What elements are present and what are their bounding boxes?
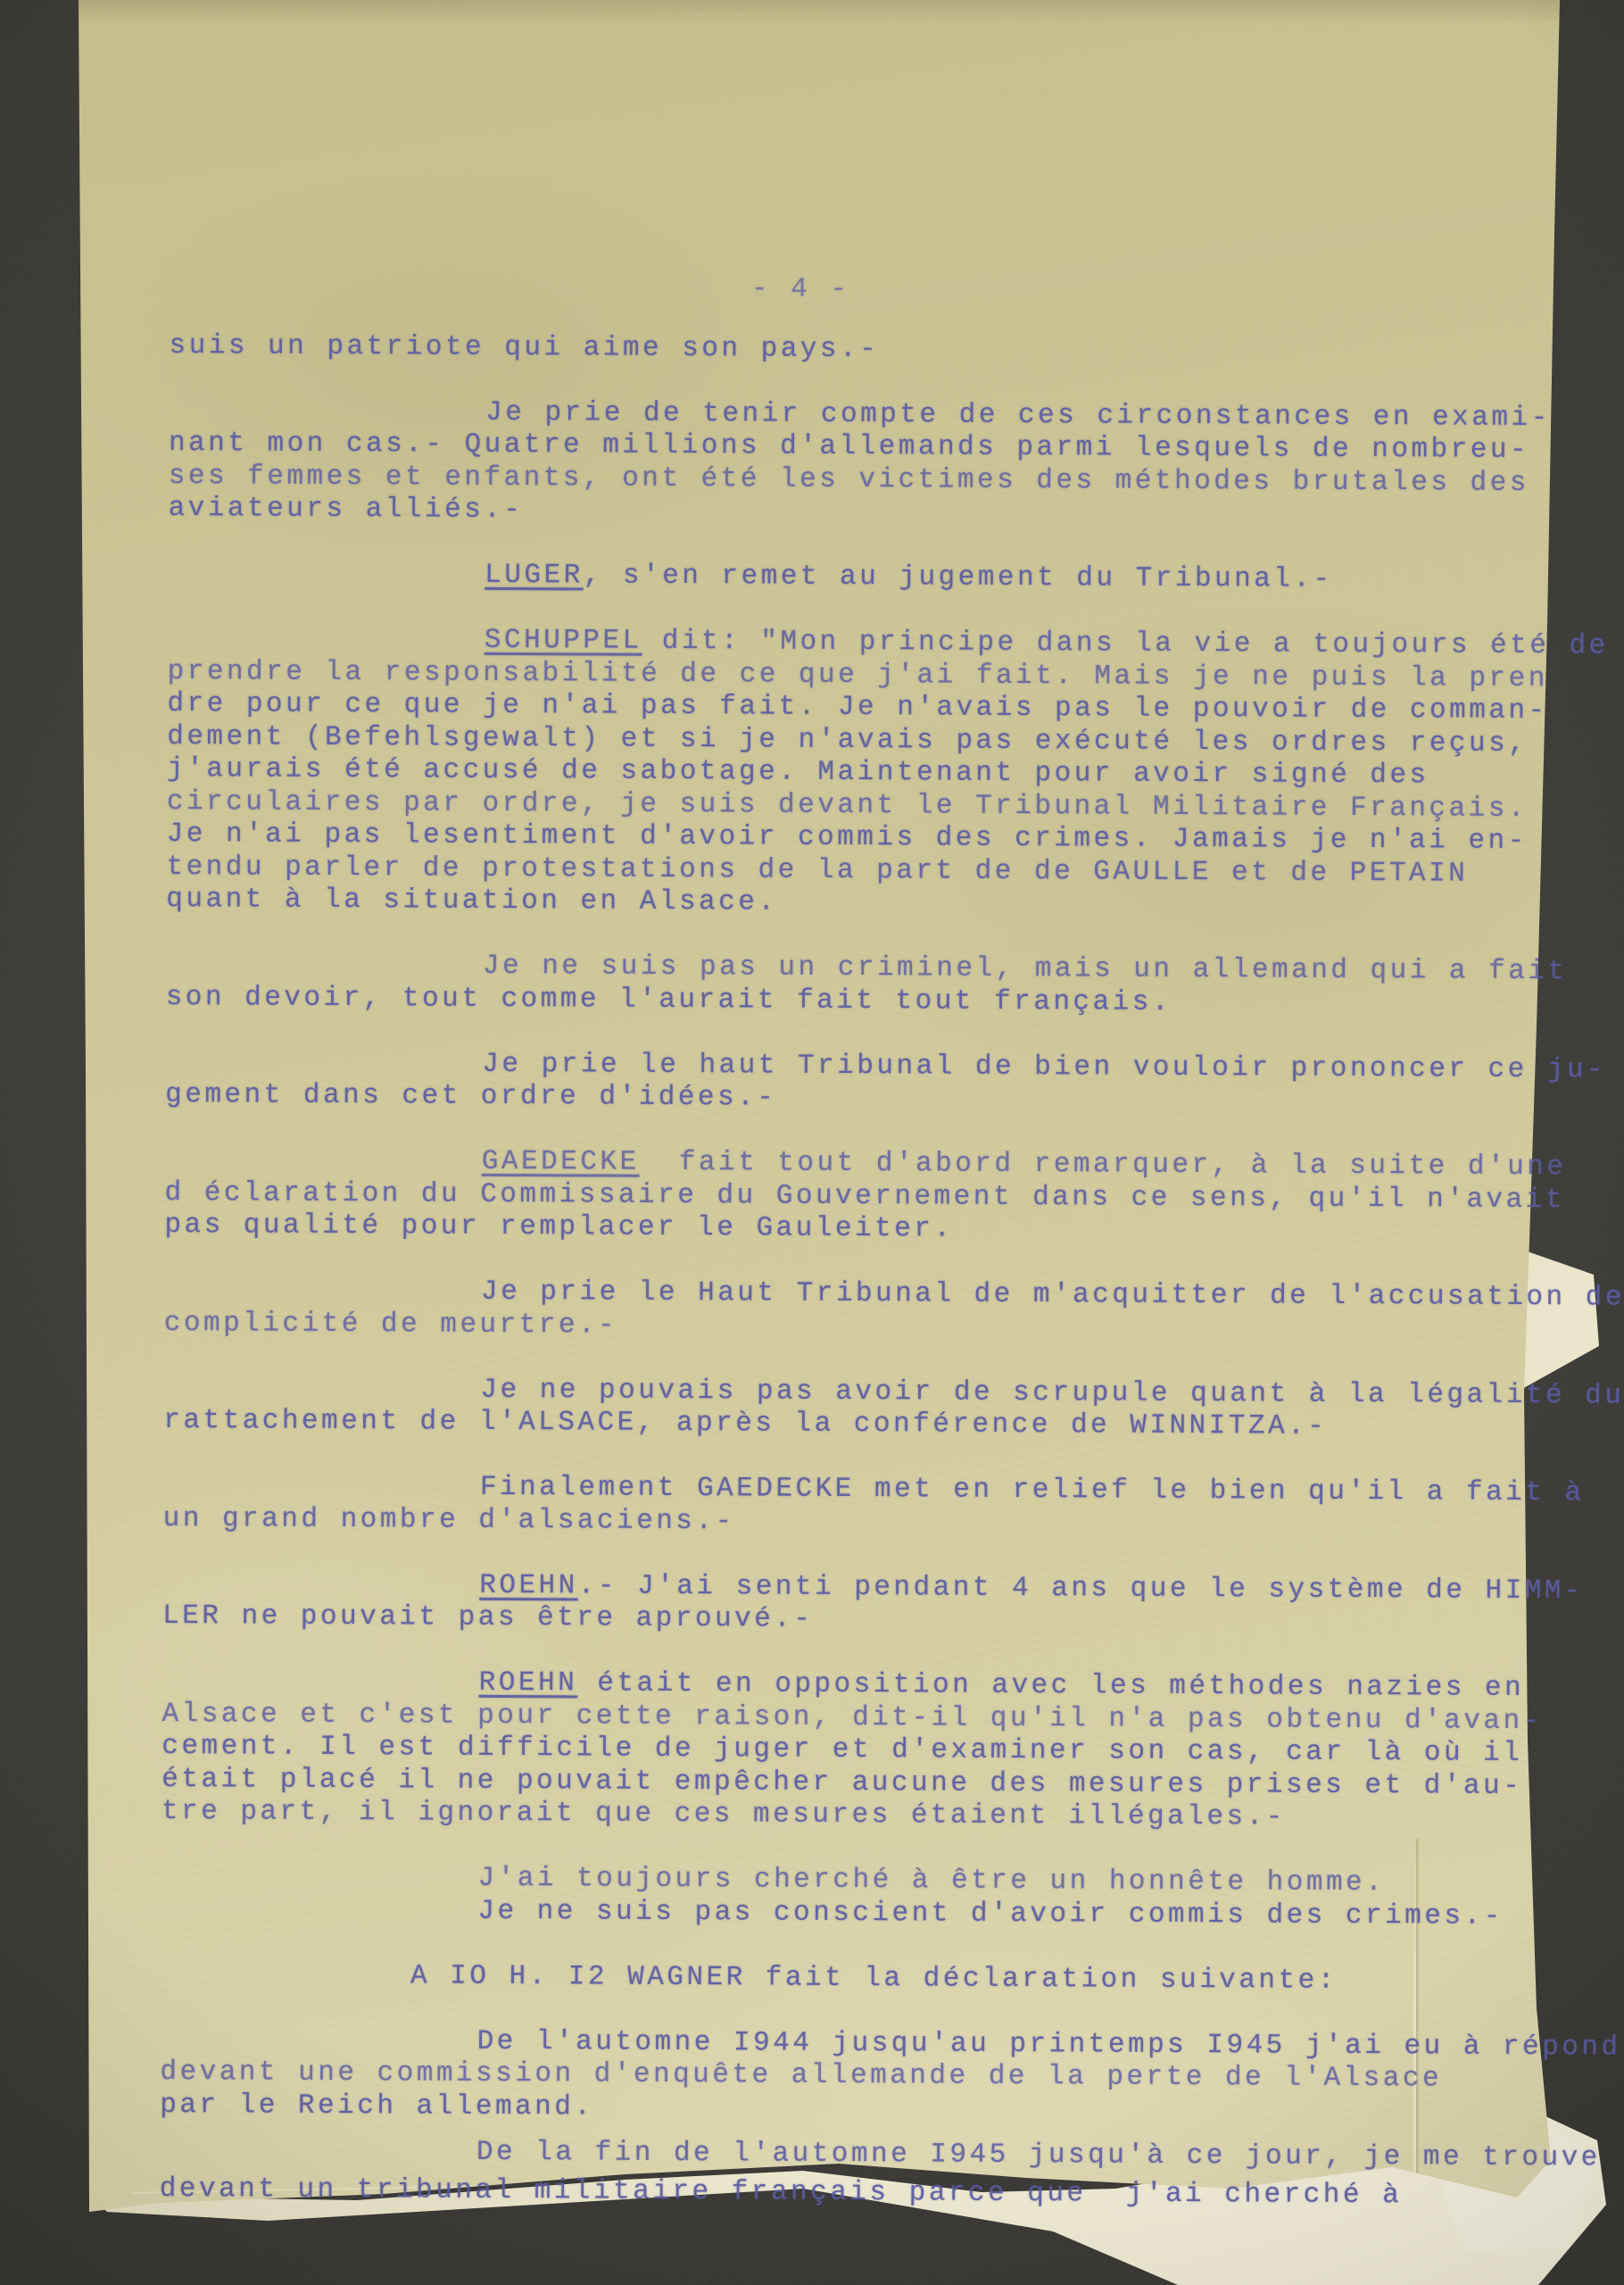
text-run: fait tout d'abord remarquer, à la suite … <box>640 1147 1567 1183</box>
text-block: - 4 - suis un patriote qui aime son pays… <box>160 270 1578 2214</box>
text-line: son devoir, tout comme l'aurait fait tou… <box>166 981 1574 1021</box>
text-line: gement dans cet ordre d'idées.- <box>165 1079 1573 1119</box>
text-run: dement (Befehlsgewalt) et si je n'avais … <box>167 720 1528 759</box>
text-run: De l'automne I944 jusqu'au printemps I94… <box>477 2025 1624 2063</box>
text-run: Finalement GAEDECKE met en relief le bie… <box>480 1472 1585 1508</box>
text-run: Je prie le haut Tribunal de bien vouloir… <box>482 1048 1606 1085</box>
text-line: Je ne suis pas conscient d'avoir commis … <box>161 1893 1569 1933</box>
text-run: J'ai toujours cherché à être un honnête … <box>477 1863 1385 1899</box>
speaker-name: ROEHN <box>479 1667 578 1699</box>
text-run: aviateurs alliés.- <box>169 493 524 526</box>
text-run: Je prie de tenir compte de ces circonsta… <box>485 396 1551 433</box>
text-line: aviateurs alliés.- <box>169 493 1577 533</box>
text-run: Je ne pouvais pas avoir de scrupule quan… <box>480 1374 1624 1411</box>
text-run: quant à la situation en Alsace. <box>166 884 777 918</box>
speaker-name: SCHUPPEL <box>485 625 642 657</box>
text-line: A IO H. I2 WAGNER fait la déclaration su… <box>161 1958 1569 1998</box>
text-run: suis un patriote qui aime son pays.- <box>169 329 879 364</box>
text-run: complicité de meurtre.- <box>164 1307 618 1341</box>
text-line: tre part, il ignorait que ces mesures ét… <box>162 1796 1570 1836</box>
text-run: Alsace et c'est pour cette raison, dit-i… <box>162 1698 1542 1736</box>
text-run: Je n'ai pas lesentiment d'avoir commis d… <box>167 818 1528 857</box>
scan-background: { "page": { "number_label": "- 4 -" }, "… <box>0 0 1624 2285</box>
text-run: Je prie le Haut Tribunal de m'acquitter … <box>481 1276 1624 1314</box>
text-line: complicité de meurtre.- <box>164 1307 1572 1347</box>
typewritten-text: suis un patriote qui aime son pays.-Je p… <box>160 329 1578 2214</box>
text-run: devant une commission d'enquête allemand… <box>160 2056 1442 2095</box>
text-run: son devoir, tout comme l'aurait fait tou… <box>166 981 1172 1018</box>
text-run: circulaires par ordre, je suis devant le… <box>167 785 1528 824</box>
text-run: ses femmes et enfants, ont été les victi… <box>169 460 1529 498</box>
text-run: , s'en remet au jugement du Tribunal.- <box>584 560 1333 594</box>
text-run: rattachement de l'ALSACE, après la confé… <box>163 1405 1327 1442</box>
text-run: nant mon cas.- Quatre millions d'alleman… <box>169 428 1529 466</box>
text-line: De la fin de l'automne I945 jusqu'à ce j… <box>160 2135 1568 2175</box>
text-run: devant un tribunal militaire français pa… <box>160 2173 1403 2211</box>
text-line: par le Reich allemand. <box>160 2089 1568 2129</box>
document-scan: - 4 - suis un patriote qui aime son pays… <box>0 0 1624 2285</box>
text-run: était en opposition avec les méthodes na… <box>577 1667 1524 1704</box>
text-run: dre pour ce que je n'ai pas fait. Je n'a… <box>167 688 1547 727</box>
text-line: LUGER, s'en remet au jugement du Tribuna… <box>168 558 1576 598</box>
speaker-name: ROEHN <box>479 1569 578 1601</box>
text-run: cement. Il est difficile de juger et d'e… <box>162 1731 1522 1769</box>
text-run: .- J'ai senti pendant 4 ans que le systè… <box>578 1570 1584 1607</box>
text-line: suis un patriote qui aime son pays.- <box>169 329 1577 370</box>
text-run: tendu parler de protestations de la part… <box>166 851 1468 889</box>
text-run: par le Reich allemand. <box>160 2089 593 2123</box>
text-run: prendre la responsabilité de ce que j'ai… <box>168 655 1548 694</box>
text-run: un grand nombre d'alsaciens.- <box>163 1502 735 1536</box>
text-run: Je ne suis pas conscient d'avoir commis … <box>477 1895 1504 1932</box>
text-run: dit: "Mon principe dans la vie a toujour… <box>642 626 1609 662</box>
text-line: quant à la situation en Alsace. <box>166 884 1574 924</box>
text-line: rattachement de l'ALSACE, après la confé… <box>163 1405 1571 1445</box>
text-run: Je ne suis pas un criminel, mais un alle… <box>483 951 1568 987</box>
text-run: A IO H. I2 WAGNER fait la déclaration su… <box>410 1960 1338 1996</box>
speaker-name: GAEDECKE <box>482 1146 640 1178</box>
text-run: De la fin de l'automne I945 jusqu'à ce j… <box>476 2136 1601 2173</box>
text-line: un grand nombre d'alsaciens.- <box>163 1502 1571 1542</box>
text-run: LER ne pouvait pas être aprouvé.- <box>162 1600 814 1635</box>
speaker-name: LUGER <box>485 560 584 592</box>
text-run: pas qualité pour remplacer le Gauleiter. <box>164 1209 953 1245</box>
text-run: tre part, il ignorait que ces mesures ét… <box>162 1796 1286 1833</box>
page-number: - 4 - <box>170 270 1578 311</box>
text-line: LER ne pouvait pas être aprouvé.- <box>162 1600 1570 1641</box>
text-line: pas qualité pour remplacer le Gauleiter. <box>164 1209 1572 1250</box>
text-run: gement dans cet ordre d'idées.- <box>165 1079 776 1114</box>
text-run: j'aurais été accusé de sabotage. Mainten… <box>167 753 1429 791</box>
text-run: était placé il ne pouvait empêcher aucun… <box>162 1763 1522 1801</box>
